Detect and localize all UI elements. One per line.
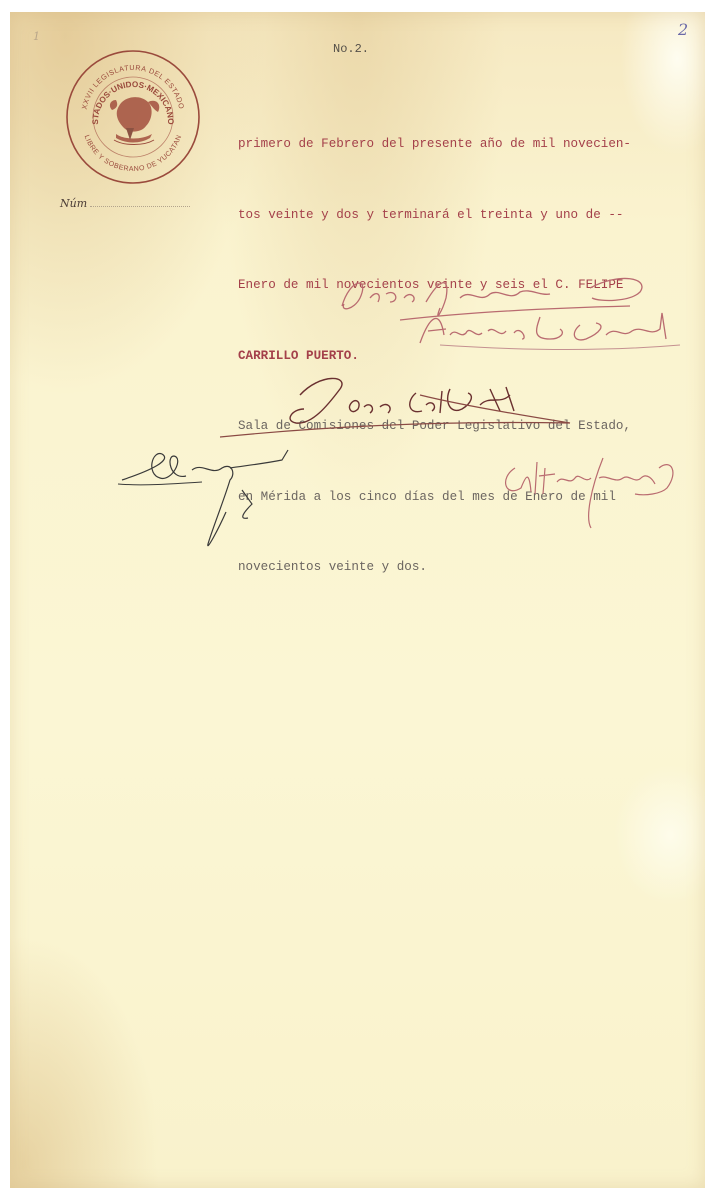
page-number-handwritten: 2 [678, 20, 688, 39]
signature-jose [200, 365, 580, 445]
signature-arturo [495, 448, 685, 538]
num-field: Núm [60, 197, 190, 210]
document-number: No.2. [333, 42, 369, 56]
page-corner-mark-left: 1 [33, 30, 40, 43]
state-seal-icon: XXVII LEGISLATURA DEL ESTADO ESTADOS·UNI… [64, 48, 202, 186]
signature-antonio [410, 305, 690, 365]
signature-reyes [112, 440, 312, 560]
paragraph-1-line: primero de Febrero del presente año de m… [238, 133, 698, 157]
num-label: Núm [60, 197, 87, 210]
paragraph-1-line: tos veinte y dos y terminará el treinta … [238, 204, 698, 228]
num-dotted-line [90, 198, 190, 207]
